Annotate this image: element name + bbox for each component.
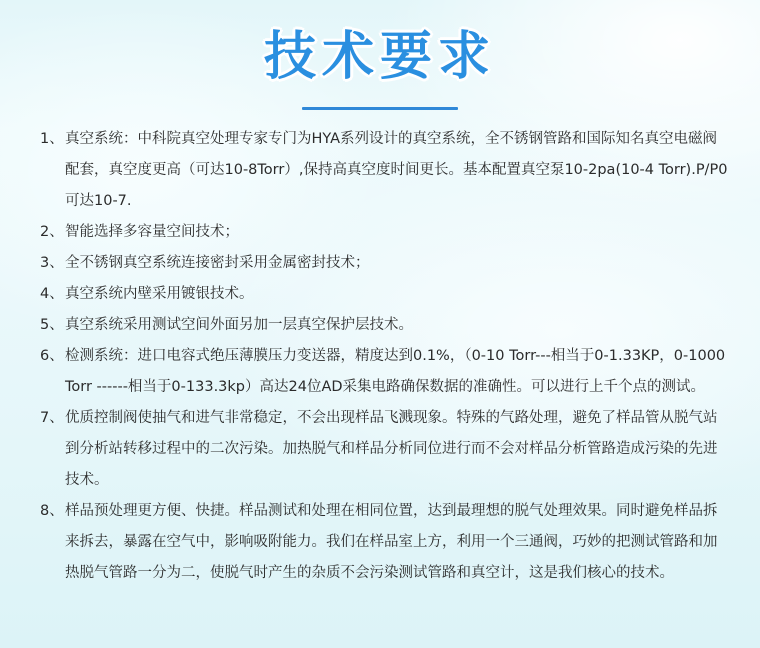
requirement-item: 3、 全不锈钢真空系统连接密封采用金属密封技术； (40, 248, 730, 279)
requirement-number: 7、 (40, 403, 65, 496)
title-underline-divider (302, 107, 458, 110)
requirement-item: 2、 智能选择多容量空间技术； (40, 217, 730, 248)
requirement-number: 8、 (40, 496, 65, 589)
requirement-number: 6、 (40, 341, 65, 403)
requirement-item: 6、 检测系统：进口电容式绝压薄膜压力变送器，精度达到0.1%，（0-10 To… (40, 341, 730, 403)
requirement-item: 5、 真空系统采用测试空间外面另加一层真空保护层技术。 (40, 310, 730, 341)
requirement-item: 4、 真空系统内壁采用镀银技术。 (40, 279, 730, 310)
requirement-number: 4、 (40, 279, 65, 310)
requirement-text: 全不锈钢真空系统连接密封采用金属密封技术； (65, 248, 730, 279)
requirement-number: 3、 (40, 248, 65, 279)
requirement-text: 真空系统：中科院真空处理专家专门为HYA系列设计的真空系统，全不锈钢管路和国际知… (65, 124, 730, 217)
requirements-list: 1、 真空系统：中科院真空处理专家专门为HYA系列设计的真空系统，全不锈钢管路和… (40, 124, 730, 589)
requirement-number: 1、 (40, 124, 65, 217)
page-title: 技术要求 (264, 24, 496, 90)
title-section: 技术要求 (0, 24, 760, 90)
requirement-number: 2、 (40, 217, 65, 248)
requirement-text: 智能选择多容量空间技术； (65, 217, 730, 248)
requirement-item: 7、 优质控制阀使抽气和进气非常稳定，不会出现样品飞溅现象。特殊的气路处理，避免… (40, 403, 730, 496)
requirement-text: 真空系统内壁采用镀银技术。 (65, 279, 730, 310)
requirement-text: 检测系统：进口电容式绝压薄膜压力变送器，精度达到0.1%，（0-10 Torr-… (65, 341, 730, 403)
requirement-number: 5、 (40, 310, 65, 341)
requirement-text: 样品预处理更方便、快捷。样品测试和处理在相同位置，达到最理想的脱气处理效果。同时… (65, 496, 730, 589)
requirement-item: 1、 真空系统：中科院真空处理专家专门为HYA系列设计的真空系统，全不锈钢管路和… (40, 124, 730, 217)
requirement-text: 真空系统采用测试空间外面另加一层真空保护层技术。 (65, 310, 730, 341)
requirement-item: 8、 样品预处理更方便、快捷。样品测试和处理在相同位置，达到最理想的脱气处理效果… (40, 496, 730, 589)
requirement-text: 优质控制阀使抽气和进气非常稳定，不会出现样品飞溅现象。特殊的气路处理，避免了样品… (65, 403, 730, 496)
